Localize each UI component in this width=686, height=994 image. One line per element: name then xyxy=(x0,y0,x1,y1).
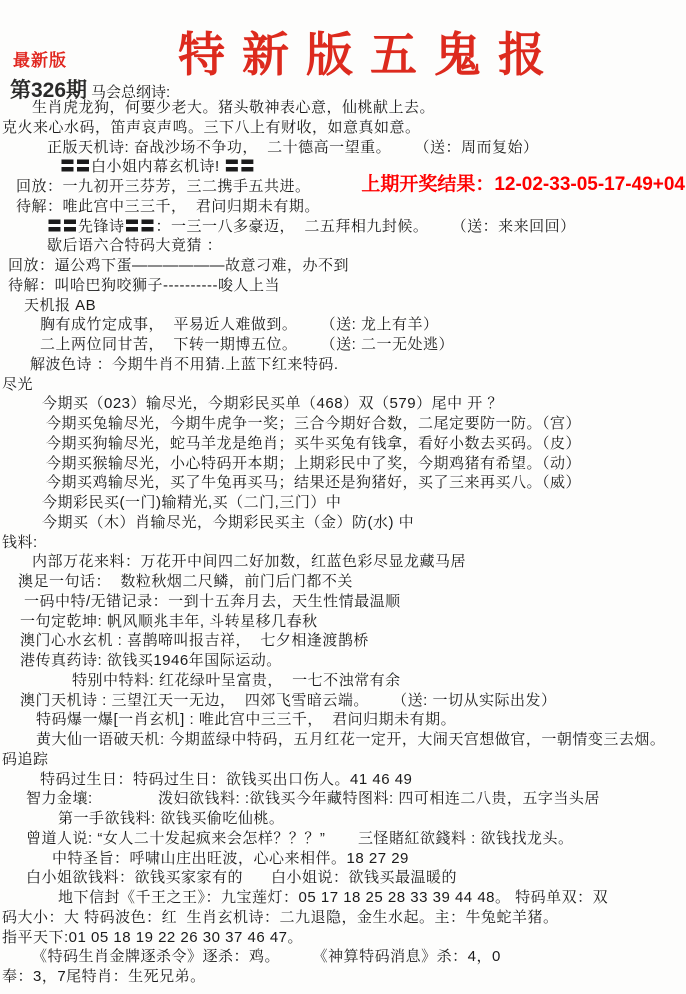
text-line: 曾道人说: “女人二十发起疯来会怎样？？？” 三怪賭紅欲錢料 : 欲钱找龙头。 xyxy=(2,829,686,849)
text-line: 生肖虎龙狗，何要少老大。猪头敬神表心意，仙桃献上去。 xyxy=(2,98,686,118)
text-line: 内部万花来料：万花开中间四二好加数，红蓝色彩尽显龙藏马居 xyxy=(2,552,686,572)
text-line: 澳门心水玄机 : 喜鹊啼叫报吉祥， 七夕相逢渡鹊桥 xyxy=(2,631,686,651)
text-line: 今期买鸡输尽光，买了牛兔再买马；结果还是狗猪好，买了三来再买八。（威） xyxy=(2,473,686,493)
text-line: 待解：唯此宫中三三千， 君问归期未有期。 xyxy=(2,197,686,217)
text-line: 特码过生日：特码过生日：欲钱买出口伤人。41 46 49 xyxy=(2,770,686,790)
lottery-tip-sheet: 最新版 特新版五鬼报 第326期马会总纲诗: 上期开奖结果：12-02-33-0… xyxy=(0,0,686,994)
text-line: 码大小：大 特码波色：红 生肖玄机诗：二九退隐，金生水起。主：牛兔蛇羊猪。 xyxy=(2,908,686,928)
text-line: 《特码生肖金牌逐杀令》逐杀：鸡。 《神算特码消息》杀：4，0 xyxy=(2,947,686,967)
text-line: 今期买猴输尽光，小心特码开本期；上期彩民中了奖，今期鸡猪有希望。（动） xyxy=(2,454,686,474)
text-line: 指平天下:01 05 18 19 22 26 30 37 46 47。 xyxy=(2,928,686,948)
text-line: 二上两位同甘苦， 下转一期博五位。 （送: 二一无处逃） xyxy=(2,335,686,355)
text-line: 今期买狗输尽光，蛇马羊龙是绝肖；买牛买兔有钱拿，看好小数去买码。（皮） xyxy=(2,434,686,454)
text-line: 白小姐欲钱料：欲钱买家家有的 白小姐说：欲钱买最温暖的 xyxy=(2,868,686,888)
text-line: 胸有成竹定成事， 平易近人难做到。 （送: 龙上有羊） xyxy=(2,315,686,335)
text-line: 第一手欲钱料: 欲钱买偷吃仙桃。 xyxy=(2,809,686,829)
text-line: 待解：叫哈巴狗咬狮子----------唆人上当 xyxy=(2,276,686,296)
text-line: 奉：3，7尾特肖：生死兄弟。 xyxy=(2,967,686,987)
text-line: 尽光 xyxy=(2,375,686,395)
text-line: 今期买（023）输尽光，今期彩民买单（468）双（579）尾中 开 ？ xyxy=(2,394,686,414)
text-line: 特码爆一爆[一肖玄机] : 唯此宫中三三千， 君问归期未有期。 xyxy=(2,710,686,730)
text-line: 特别中特料: 红花绿叶呈富贵， 一七不浊常有余 xyxy=(2,671,686,691)
text-line: 今期彩民买(一门)输精光,买（二门,三门）中 xyxy=(2,493,686,513)
text-line: 回放：逼公鸡下蛋——————故意刁难，办不到 xyxy=(2,256,686,276)
body-text: 生肖虎龙狗，何要少老大。猪头敬神表心意，仙桃献上去。克火来心水码，笛声哀声鸣。三… xyxy=(2,98,686,987)
text-line: 〓〓白小姐内幕玄机诗! 〓〓 xyxy=(2,157,686,177)
text-line: 一句定乾坤: 帆风顺兆丰年, 斗转星移几春秋 xyxy=(2,612,686,632)
text-line: 一码中特/无错记录：一到十五奔月去，天生性情最温顺 xyxy=(2,592,686,612)
text-line: 天机报 AB xyxy=(2,296,686,316)
text-line: 回放：一九初开三芬芳，三二携手五共进。 xyxy=(2,177,686,197)
text-line: 黄大仙一语破天机: 今期蓝绿中特码，五月红花一定开，大闹天宫想做官，一朝情变三去… xyxy=(2,730,686,750)
text-line: 港传真药诗: 欲钱买1946年国际运动。 xyxy=(2,651,686,671)
text-line: 今期买（木）肖输尽光，今期彩民买主（金）防(水) 中 xyxy=(2,513,686,533)
text-line: 中特圣旨：呼啸山庄出旺波，心心来相伴。18 27 29 xyxy=(2,849,686,869)
text-line: 地下信封《千王之王》：九宝莲灯：05 17 18 25 28 33 39 44 … xyxy=(2,888,686,908)
text-line: 正版天机诗: 奋战沙场不争功， 二十德高一望重。 （送：周而复始） xyxy=(2,138,686,158)
text-line: 解波色诗 ：今期牛肖不用猜.上蓝下红来特码. xyxy=(2,355,686,375)
page-title: 特新版五鬼报 xyxy=(90,18,650,85)
text-line: 澳门天机诗 : 三望江天一无边， 四郊飞雪暗云端。 （送: 一切从实际出发） xyxy=(2,691,686,711)
text-line: 歇后语六合特码大竟猜 ： xyxy=(2,236,686,256)
text-line: 钱料: xyxy=(2,533,686,553)
text-line: 克火来心水码，笛声哀声鸣。三下八上有财收，如意真如意。 xyxy=(2,118,686,138)
text-line: 码追踪 xyxy=(2,750,686,770)
text-line: 〓〓先锋诗〓〓：一三一八多豪迈， 二五拜相九封候。 （送：来来回回） xyxy=(2,217,686,237)
text-line: 澳足一句话： 数粒秋烟二尺鳞，前门后门都不关 xyxy=(2,572,686,592)
text-line: 智力金壤: 泼妇欲钱料: :欲钱买今年藏特图料: 四可相连二八贵，五字当头居 xyxy=(2,789,686,809)
text-line: 今期买兔输尽光，今期牛虎争一奖；三合今期好合数，二尾定要防一防。（宫） xyxy=(2,414,686,434)
latest-edition-badge: 最新版 xyxy=(13,46,67,71)
